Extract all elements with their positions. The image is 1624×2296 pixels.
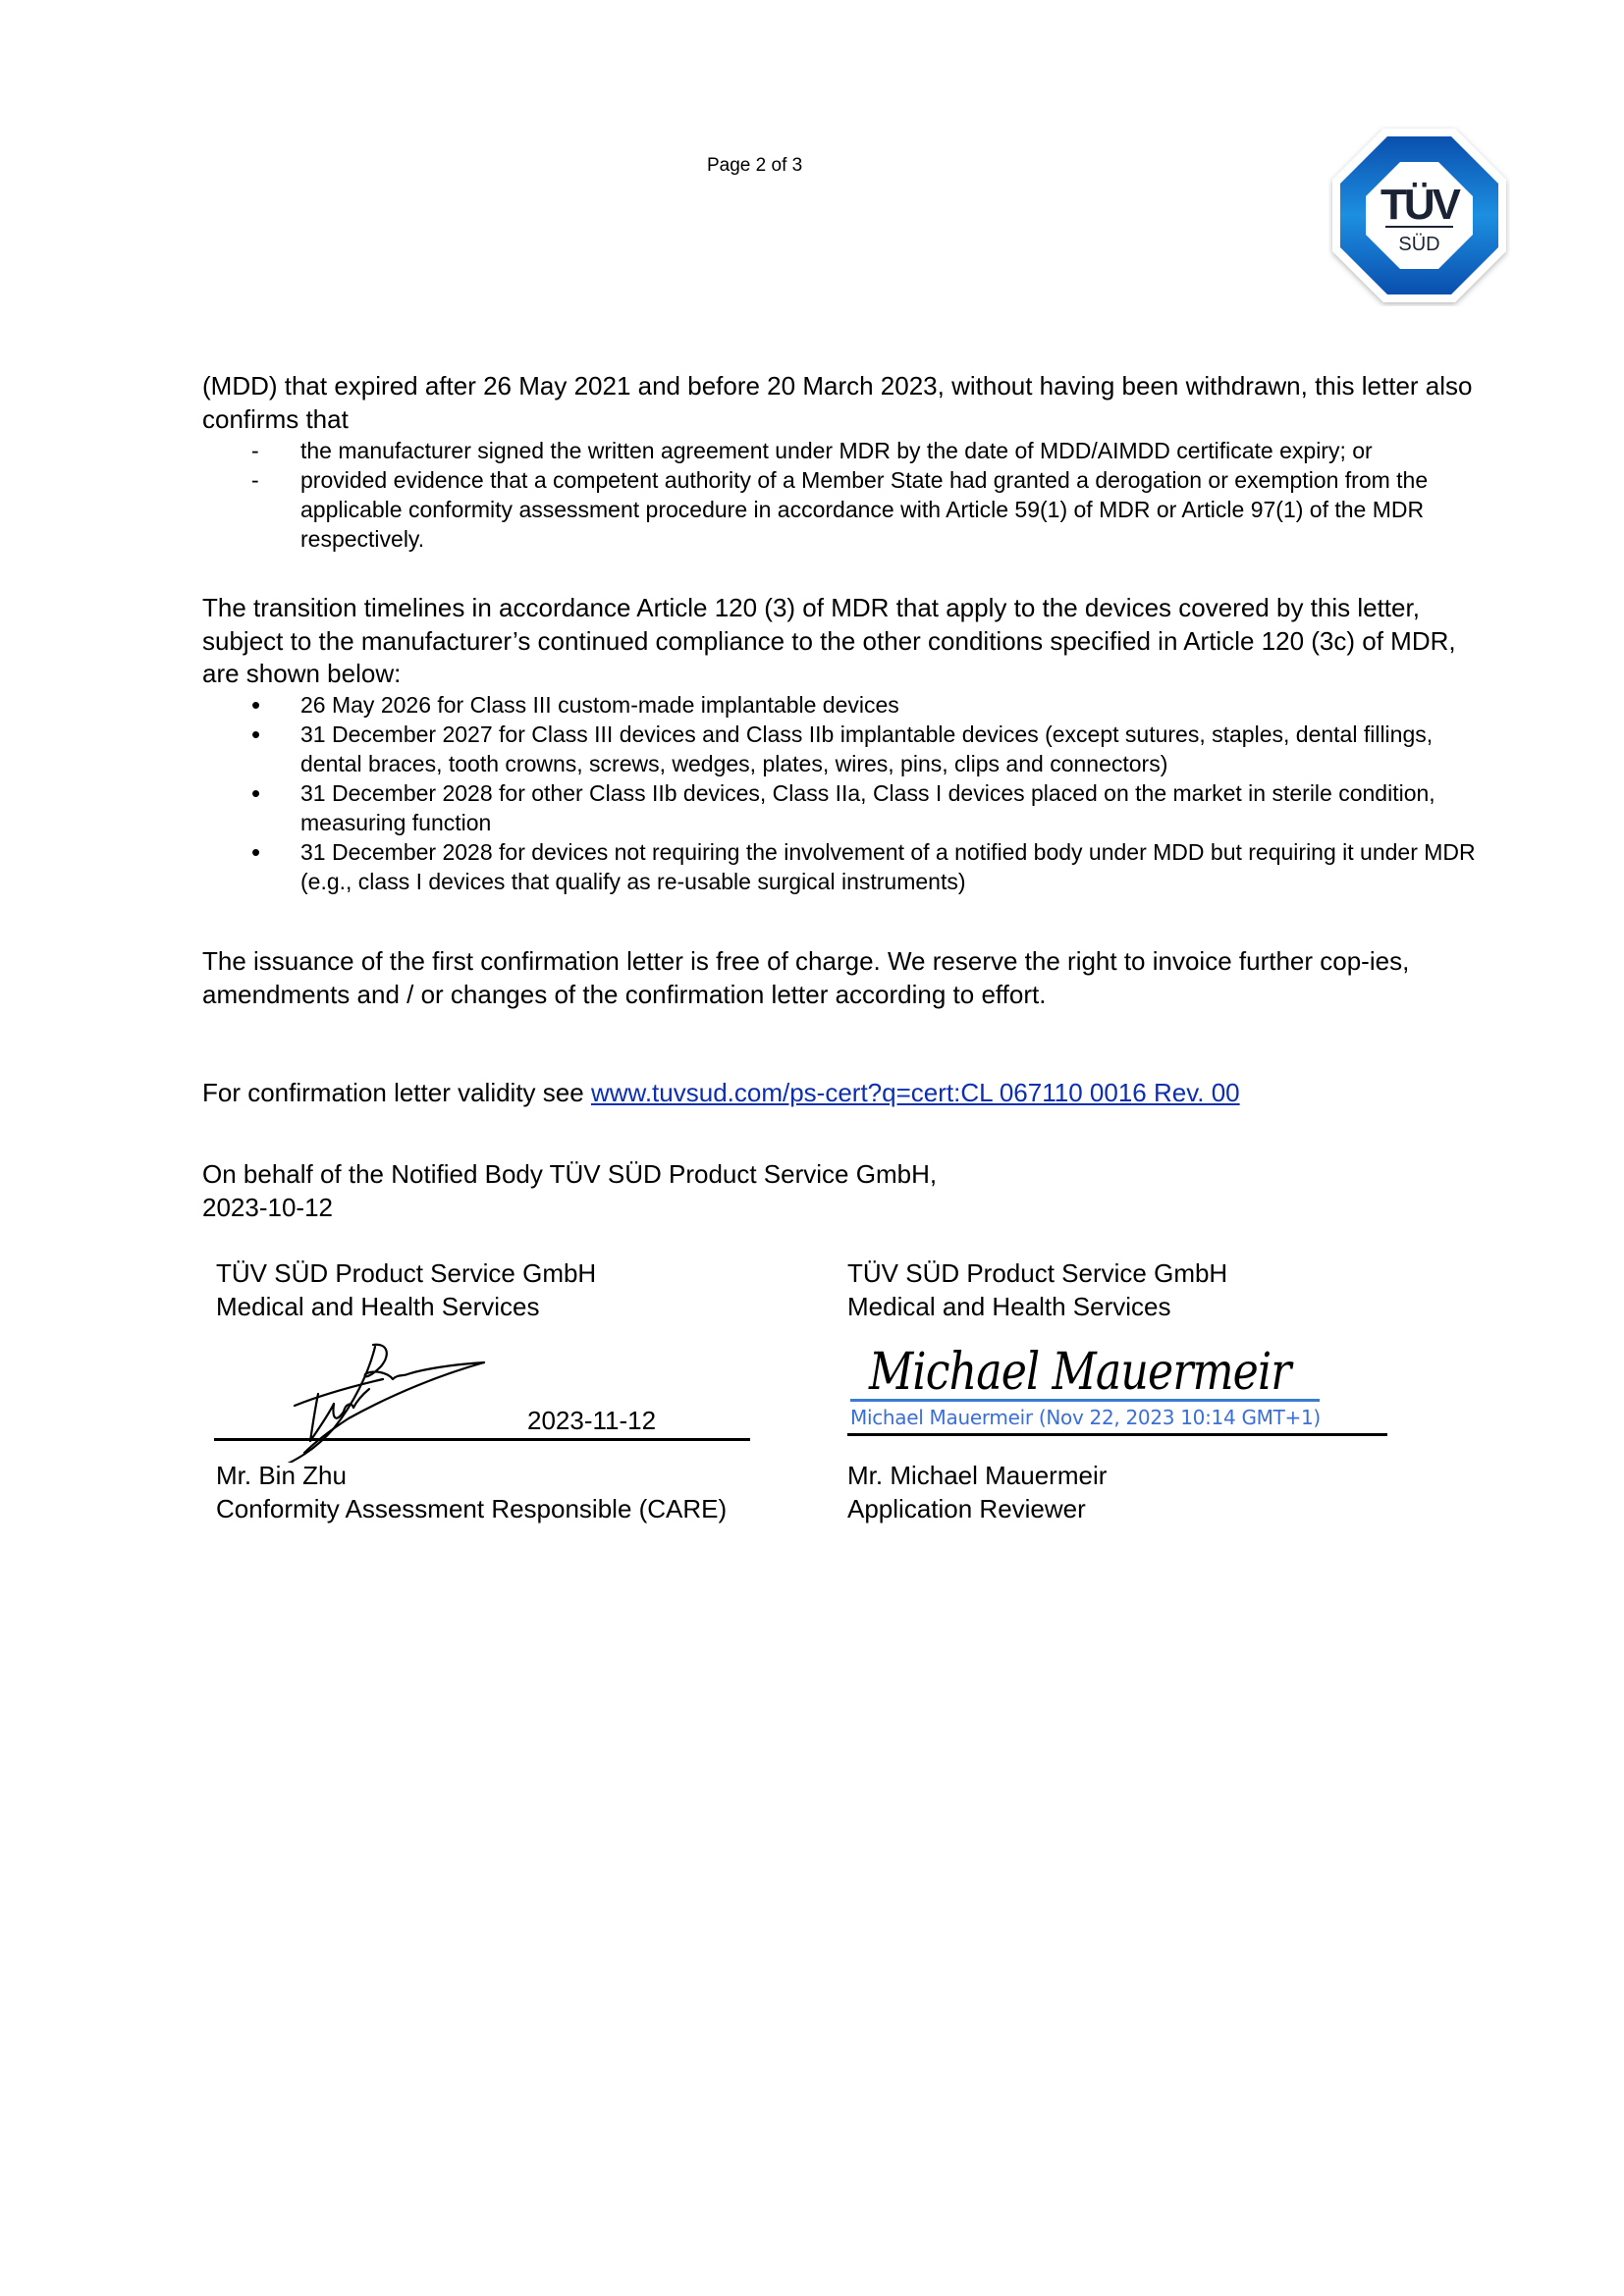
conditions-list: -the manufacturer signed the written agr… (202, 436, 1498, 554)
list-item: •31 December 2028 for devices not requir… (202, 837, 1479, 896)
list-item: -the manufacturer signed the written agr… (202, 436, 1498, 465)
signature-line (214, 1438, 750, 1441)
bullet-icon: • (251, 837, 260, 867)
left-signatory-header: TÜV SÜD Product Service GmbH Medical and… (216, 1256, 596, 1323)
certificate-validity-link[interactable]: www.tuvsud.com/ps-cert?q=cert:CL 067110 … (591, 1078, 1240, 1107)
bullet-icon: • (251, 778, 260, 808)
division-name: Medical and Health Services (216, 1290, 596, 1323)
issue-date: 2023-10-12 (202, 1192, 1479, 1225)
on-behalf-block: On behalf of the Notified Body TÜV SÜD P… (202, 1158, 1479, 1224)
timelines-list: •26 May 2026 for Class III custom-made i… (202, 690, 1479, 896)
division-name: Medical and Health Services (847, 1290, 1227, 1323)
fee-paragraph: The issuance of the first confirmation l… (202, 945, 1479, 1011)
transition-paragraph: The transition timelines in accordance A… (202, 592, 1479, 691)
page-indicator: Page 2 of 3 (707, 155, 802, 177)
signature-line (847, 1433, 1387, 1436)
left-signatory: Mr. Bin Zhu Conformity Assessment Respon… (216, 1459, 727, 1525)
svg-text:TÜV: TÜV (1380, 181, 1462, 229)
signatory-name: Mr. Bin Zhu (216, 1459, 727, 1492)
bullet-icon: • (251, 690, 260, 720)
signatory-role: Application Reviewer (847, 1492, 1107, 1525)
right-signatory: Mr. Michael Mauermeir Application Review… (847, 1459, 1107, 1525)
signatory-role: Conformity Assessment Responsible (CARE) (216, 1492, 727, 1525)
validity-line: For confirmation letter validity see www… (202, 1077, 1479, 1110)
dash-marker: - (251, 436, 259, 465)
company-name: TÜV SÜD Product Service GmbH (847, 1256, 1227, 1290)
right-signatory-header: TÜV SÜD Product Service GmbH Medical and… (847, 1256, 1227, 1323)
handwritten-signature-icon (275, 1335, 501, 1463)
on-behalf-text: On behalf of the Notified Body TÜV SÜD P… (202, 1158, 1479, 1192)
list-item: -provided evidence that a competent auth… (202, 465, 1498, 554)
svg-text:SÜD: SÜD (1398, 234, 1439, 255)
validity-prefix: For confirmation letter validity see (202, 1078, 591, 1107)
signature-date: 2023-11-12 (527, 1406, 656, 1436)
esign-underline (850, 1399, 1320, 1402)
company-name: TÜV SÜD Product Service GmbH (216, 1256, 596, 1290)
list-item: •26 May 2026 for Class III custom-made i… (202, 690, 1479, 720)
bullet-icon: • (251, 720, 260, 749)
esign-caption: Michael Mauermeir (Nov 22, 2023 10:14 GM… (850, 1406, 1321, 1429)
list-item: •31 December 2028 for other Class IIb de… (202, 778, 1479, 837)
intro-paragraph: (MDD) that expired after 26 May 2021 and… (202, 370, 1479, 436)
signatory-name: Mr. Michael Mauermeir (847, 1459, 1107, 1492)
tuv-sud-logo-icon: TÜV SÜD (1328, 125, 1510, 306)
dash-marker: - (251, 465, 259, 495)
electronic-signature: Michael Mauermeir (869, 1343, 1291, 1402)
list-item: •31 December 2027 for Class III devices … (202, 720, 1479, 778)
